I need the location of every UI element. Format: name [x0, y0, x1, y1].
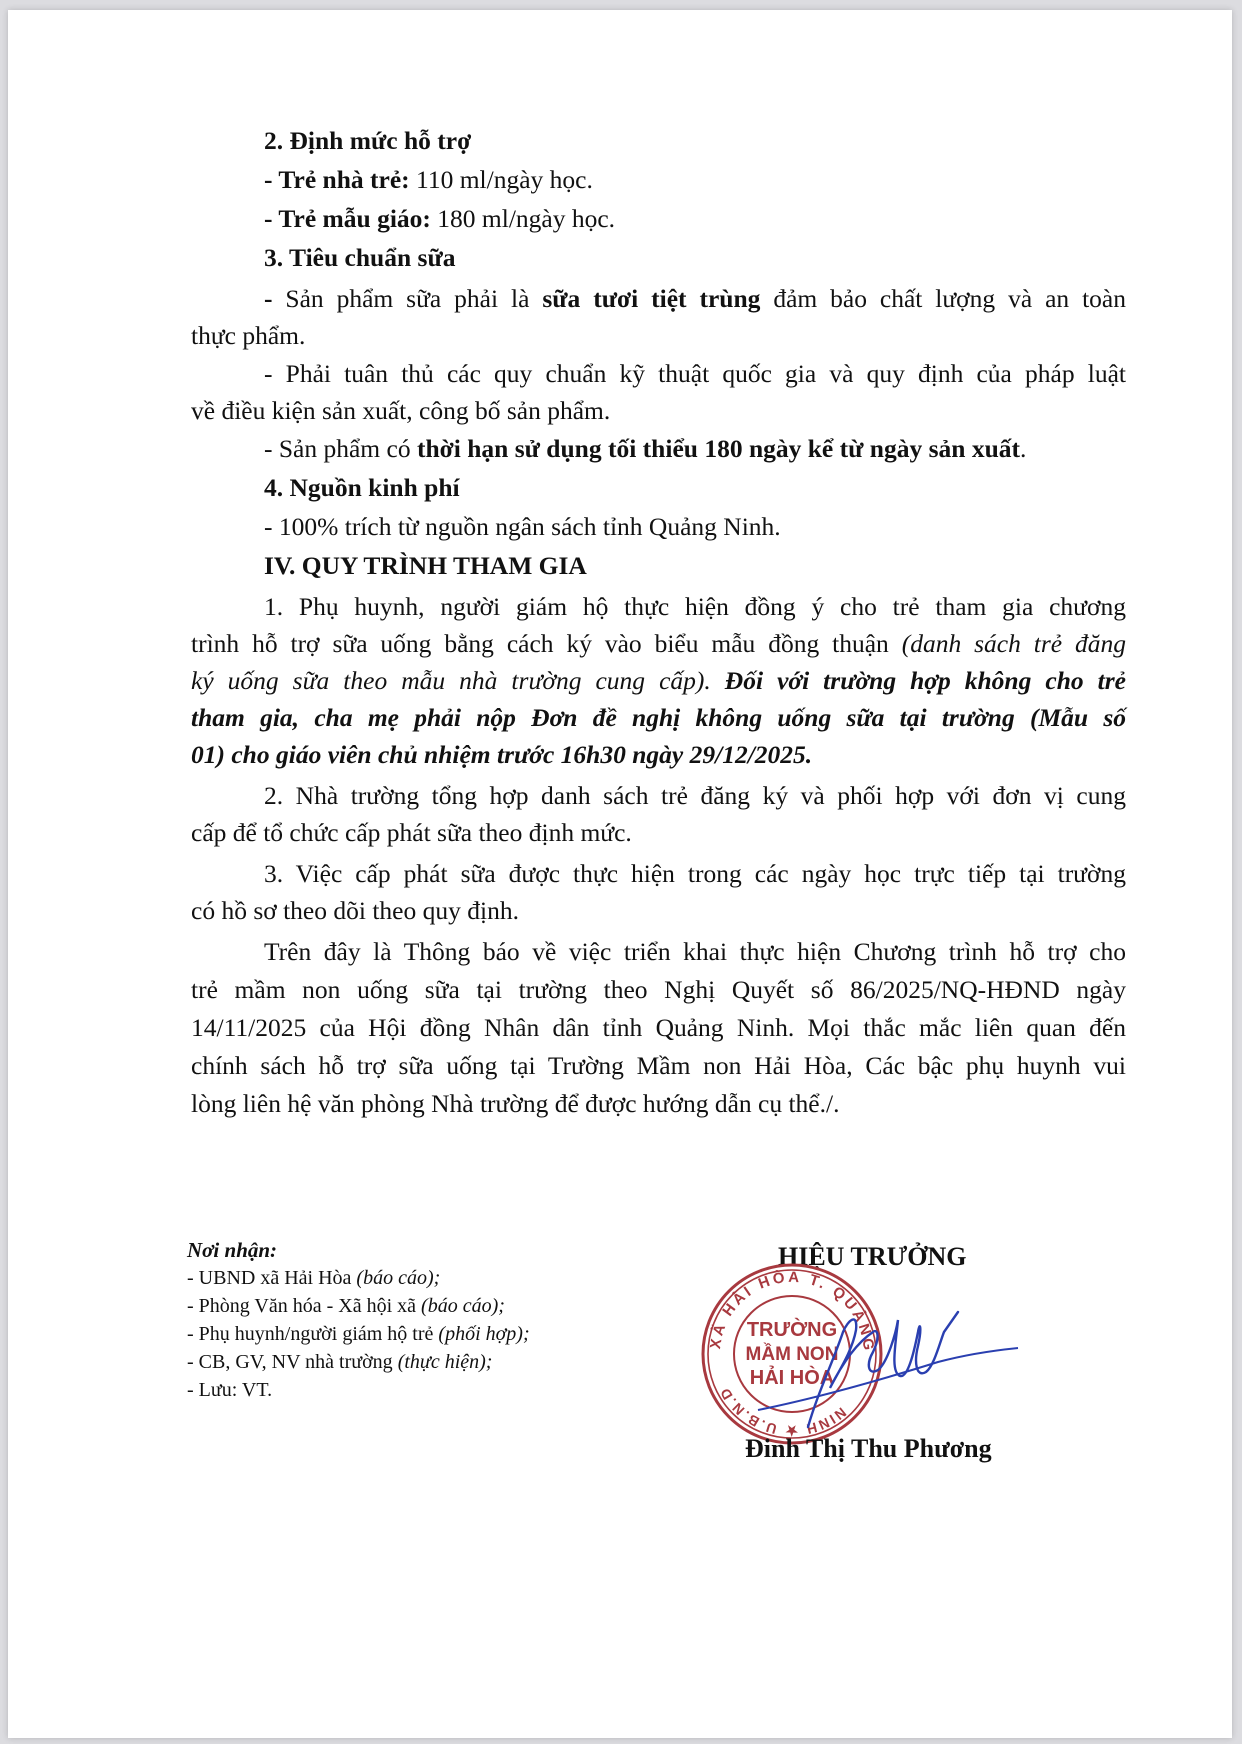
- recipient-item: - Phòng Văn hóa - Xã hội xã (báo cáo);: [187, 1292, 530, 1320]
- section-heading-quy-trinh: IV. QUY TRÌNH THAM GIA: [191, 546, 587, 585]
- text: đảm bảo chất lượng và an toàn: [760, 284, 1126, 313]
- dash: -: [264, 284, 285, 313]
- recipients-block: Nơi nhận: - UBND xã Hải Hòa (báo cáo); -…: [187, 1236, 530, 1404]
- paragraph-line: - Phải tuân thủ các quy chuẩn kỹ thuật q…: [191, 354, 1126, 393]
- recipient-item: - UBND xã Hải Hòa (báo cáo);: [187, 1264, 530, 1292]
- item-value: 180 ml/ngày học.: [431, 204, 615, 233]
- section-heading-tieu-chuan: 3. Tiêu chuẩn sữa: [191, 238, 456, 277]
- document-page: 2. Định mức hỗ trợ - Trẻ nhà trẻ: 110 ml…: [8, 10, 1232, 1738]
- list-item-mau-giao: - Trẻ mẫu giáo: 180 ml/ngày học.: [191, 199, 615, 238]
- paragraph-line: thực phẩm.: [191, 316, 305, 355]
- text: Sản phẩm sữa phải là: [285, 284, 542, 313]
- paragraph-line: 14/11/2025 của Hội đồng Nhân dân tỉnh Qu…: [191, 1008, 1126, 1047]
- item-label: - Trẻ nhà trẻ:: [264, 165, 410, 194]
- paragraph-line: 01) cho giáo viên chủ nhiệm trước 16h30 …: [191, 735, 812, 774]
- handwritten-signature-icon: [708, 1292, 1028, 1432]
- emphasis-han-su-dung: thời hạn sử dụng tối thiểu 180 ngày kể t…: [417, 434, 1020, 463]
- paragraph-line: Trên đây là Thông báo về việc triển khai…: [191, 932, 1126, 971]
- list-item-nha-tre: - Trẻ nhà trẻ: 110 ml/ngày học.: [191, 160, 593, 199]
- paragraph-line: 1. Phụ huynh, người giám hộ thực hiện đồ…: [191, 587, 1126, 626]
- paragraph-line: chính sách hỗ trợ sữa uống tại Trường Mầ…: [191, 1046, 1126, 1085]
- paragraph-line: cấp để tổ chức cấp phát sữa theo định mứ…: [191, 813, 632, 852]
- paragraph-line: ký uống sữa theo mẫu nhà trường cung cấp…: [191, 661, 1126, 700]
- recipient-item: - Lưu: VT.: [187, 1376, 530, 1404]
- signer-name: Đinh Thị Thu Phương: [745, 1434, 992, 1464]
- recipient-item: - Phụ huynh/người giám hộ trẻ (phối hợp)…: [187, 1320, 530, 1348]
- recipient-item: - CB, GV, NV nhà trường (thực hiện);: [187, 1348, 530, 1376]
- recipients-title: Nơi nhận:: [187, 1236, 530, 1264]
- paragraph-line: về điều kiện sản xuất, công bố sản phẩm.: [191, 391, 610, 430]
- paragraph-line: 3. Việc cấp phát sữa được thực hiện tron…: [191, 854, 1126, 893]
- section-heading-dinh-muc: 2. Định mức hỗ trợ: [191, 121, 471, 160]
- paragraph-line: - Sản phẩm sữa phải là sữa tươi tiệt trù…: [191, 279, 1126, 318]
- emphasis-sua-tuoi: sữa tươi tiệt trùng: [542, 284, 760, 313]
- item-value: 110 ml/ngày học.: [410, 165, 593, 194]
- paragraph-line: 2. Nhà trường tổng hợp danh sách trẻ đăn…: [191, 776, 1126, 815]
- paragraph-line: tham gia, cha mẹ phải nộp Đơn đề nghị kh…: [191, 698, 1126, 737]
- paragraph-line: trẻ mầm non uống sữa tại trường theo Ngh…: [191, 970, 1126, 1009]
- list-item-kinh-phi: - 100% trích từ nguồn ngân sách tỉnh Quả…: [191, 507, 781, 546]
- paragraph-line: trình hỗ trợ sữa uống bằng cách ký vào b…: [191, 624, 1126, 663]
- paragraph-line: lòng liên hệ văn phòng Nhà trường để đượ…: [191, 1084, 839, 1123]
- paragraph-line: có hồ sơ theo dõi theo quy định.: [191, 891, 519, 930]
- paragraph-line: - Sản phẩm có thời hạn sử dụng tối thiểu…: [191, 429, 1026, 468]
- item-label: - Trẻ mẫu giáo:: [264, 204, 431, 233]
- section-heading-nguon-kinh-phi: 4. Nguồn kinh phí: [191, 468, 460, 507]
